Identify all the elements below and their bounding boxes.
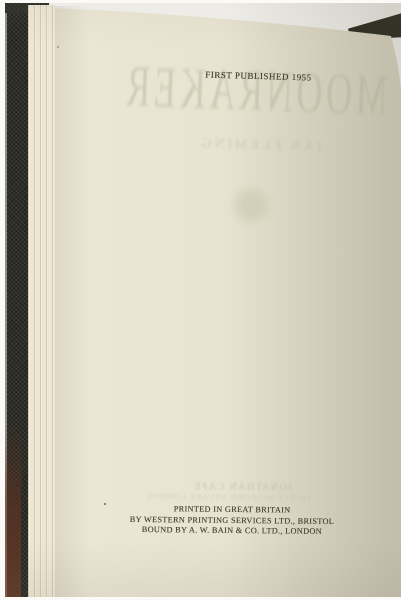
showthrough-publisher-device <box>229 183 273 227</box>
showthrough-title: MOONRAKER <box>111 57 398 137</box>
photo-frame-top <box>0 0 401 3</box>
book-photo: MOONRAKER IAN FLEMING JONATHAN CAPE THIR… <box>0 0 401 600</box>
printer-imprint-block: PRINTED IN GREAT BRITAIN BY WESTERN PRIN… <box>122 504 342 538</box>
gutter-shadow <box>55 6 93 598</box>
page-stack-edges <box>28 5 55 598</box>
dust-speck <box>57 46 59 48</box>
imprint-line-binder: BOUND BY A. W. BAIN & CO. LTD., LONDON <box>122 525 342 538</box>
dust-speck <box>104 503 106 505</box>
photo-frame-left <box>0 0 5 600</box>
